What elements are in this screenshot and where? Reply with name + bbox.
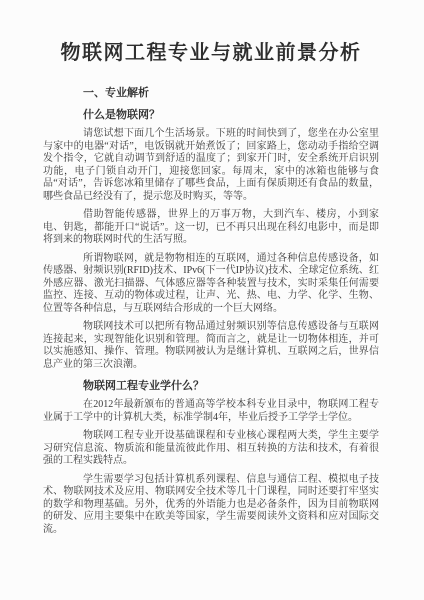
document-title: 物联网工程专业与就业前景分析 (43, 40, 379, 66)
subheading-what-is-iot: 什么是物联网？ (83, 109, 379, 122)
paragraph-course-categories: 物联网工程专业开设基础课程和专业核心课程两大类，学生主要学习研究信息流、物质流和… (43, 430, 379, 468)
subheading-what-to-study: 物联网工程专业学什么？ (83, 380, 379, 393)
paragraph-iot-definition: 所谓物联网，就是物物相连的互联网，通过各种信息传感设备，如传感器、射频识别(RF… (43, 253, 379, 316)
paragraph-2012-catalog: 在2012年最新颁布的普通高等学校本科专业目录中，物联网工程专业属于工学中的计算… (43, 399, 379, 424)
paragraph-required-courses: 学生需要学习包括计算机系列课程、信息与通信工程、模拟电子技术、物联网技术及应用、… (43, 474, 379, 537)
paragraph-smart-sensors: 借助智能传感器，世界上的万事万物，大到汽车、楼房，小到家电、钥匙，都能开口“说话… (43, 209, 379, 247)
paragraph-life-scenarios: 请您试想下面几个生活场景。下班的时间快到了，您坐在办公室里与家中的电器“对话”，… (43, 128, 379, 203)
document-page: 物联网工程专业与就业前景分析 一、专业解析 什么是物联网？ 请您试想下面几个生活… (0, 0, 424, 600)
paragraph-iot-third-wave: 物联网技术可以把所有物品通过射频识别等信息传感设备与互联网连接起来，实现智能化识… (43, 321, 379, 371)
section-heading-major-analysis: 一、专业解析 (83, 87, 379, 100)
